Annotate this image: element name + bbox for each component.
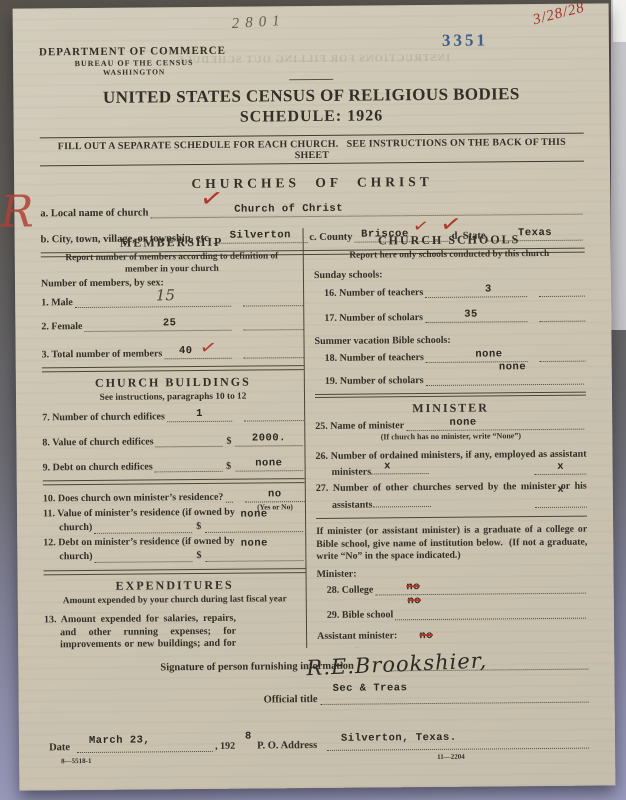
dollar-sign: $ <box>196 521 201 533</box>
red-checkmark: ✓ <box>198 183 225 215</box>
question-10: 10. Does church own minister’s residence… <box>43 489 305 504</box>
question-29-label: 29. Bible school <box>317 609 393 621</box>
question-19: 19. Number of scholars none <box>315 371 586 386</box>
date-row: Date March 23, , 192 8 8—5518-1 P. O. Ad… <box>45 722 589 757</box>
question-9-label: 9. Debt on church edifices <box>43 462 153 474</box>
leader-dots <box>225 490 233 503</box>
answer-blank-ordained: x <box>535 462 587 475</box>
bureau-location: WASHINGTON <box>39 67 229 78</box>
official-title-value: Sec & Treas <box>332 682 407 695</box>
question-2-label: 2. Female <box>41 321 82 332</box>
other-churches-value: x <box>557 484 564 497</box>
answer-line-total-members: 40 ✓ <box>164 346 231 360</box>
office-answer-blank <box>539 308 585 321</box>
official-title-line <box>321 702 589 705</box>
answer-line-residence-debt: none <box>205 548 303 562</box>
form-content: DEPARTMENT OF COMMERCE BUREAU OF THE CEN… <box>13 3 616 790</box>
background-strip <box>611 0 626 330</box>
buildings-subheading: See instructions, paragraphs 10 to 12 <box>42 391 304 405</box>
dollar-sign: $ <box>226 436 231 447</box>
form-title: UNITED STATES CENSUS OF RELIGIOUS BODIES <box>39 84 583 109</box>
residence-value: none <box>240 508 267 521</box>
section-divider <box>316 515 587 518</box>
edifices-count-value: 1 <box>196 408 203 420</box>
expenditures-subheading: Amount expended by your church during la… <box>44 594 306 608</box>
answer-blank-other-churches: x <box>535 494 587 507</box>
section-divider <box>315 391 586 398</box>
answer-line-edifice-debt: none <box>235 458 303 472</box>
question-2: 2. Female 25 <box>41 317 303 332</box>
vacation-schools-label: Summer vacation Bible schools: <box>314 333 585 346</box>
question-16-label: 16. Number of teachers <box>324 287 423 299</box>
expenditures-heading: EXPENDITURES <box>44 577 306 594</box>
question-17: 17. Number of scholars 35 <box>314 308 585 323</box>
question-11-label2: church) <box>59 522 92 534</box>
question-25-note: (If church has no minister, write “None”… <box>315 431 586 442</box>
divider <box>289 79 333 80</box>
question-12-label2: church) <box>59 551 92 563</box>
question-28-label: 28. College <box>327 585 374 596</box>
ss-teachers-value: 3 <box>485 283 492 295</box>
question-7: 7. Number of church edifices 1 <box>42 408 304 423</box>
section-divider <box>42 365 304 372</box>
answer-line-college: no <box>375 581 585 596</box>
local-name-value: Church of Christ <box>234 203 343 216</box>
vbs-scholars-value: none <box>499 361 526 373</box>
question-8-label: 8. Value of church edifices <box>42 437 153 449</box>
question-a-label: Local name of church <box>51 207 149 219</box>
official-title-row: Sec & Treas Official title <box>44 678 588 709</box>
leader-dots <box>94 520 192 534</box>
minister-heading: MINISTER <box>315 400 586 417</box>
date-line <box>77 751 213 753</box>
question-1: 1. Male 15 <box>41 293 303 308</box>
leader-dots <box>156 434 223 448</box>
question-29: 29. Bible school no <box>317 606 588 621</box>
section-divider <box>44 568 306 575</box>
po-address-label: P. O. Address <box>257 740 317 752</box>
question-18: 18. Number of teachers none <box>315 348 586 363</box>
question-12: 12. Debt on minister’s residence (if own… <box>43 535 305 563</box>
question-8: 8. Value of church edifices $ 2000. <box>42 433 304 448</box>
edifice-value: 2000. <box>252 433 286 445</box>
right-column: CHURCH SCHOOLS Report here only schools … <box>303 226 589 648</box>
question-a-letter: a. <box>40 208 48 219</box>
answer-line-edifices: 1 <box>167 409 232 423</box>
male-count-value: 15 <box>156 286 175 304</box>
form-header: DEPARTMENT OF COMMERCE BUREAU OF THE CEN… <box>39 42 585 257</box>
question-3-label: 3. Total number of members <box>42 349 163 361</box>
answer-line-male: 15 <box>75 294 231 308</box>
leader-dots <box>94 549 192 563</box>
schools-heading: CHURCH SCHOOLS <box>314 232 585 249</box>
bible-school-value: no <box>407 595 421 607</box>
question-27: 27. Number of other churches served by t… <box>316 481 587 512</box>
ss-scholars-value: 35 <box>464 308 478 320</box>
question-25-label: 25. Name of minister <box>315 420 404 432</box>
question-local-name: a. Local name of church Church of Christ… <box>40 202 584 220</box>
form-body: MEMBERSHIP Report number of members acco… <box>41 226 589 651</box>
answer-line-residence-value: none <box>205 519 303 533</box>
residence-debt-value: none <box>241 538 268 551</box>
answer-line-vbs-scholars: none <box>425 371 583 385</box>
denomination-heading: CHURCHES OF CHRIST <box>40 173 584 194</box>
dollar-sign: $ <box>196 550 201 562</box>
form-schedule-year: SCHEDULE: 1926 <box>39 106 583 129</box>
total-members-value: 40 <box>179 345 193 357</box>
assistant-minister-value: no <box>419 630 433 642</box>
schools-subheading: Report here only schools conducted by th… <box>314 249 585 263</box>
female-count-value: 25 <box>163 317 177 329</box>
census-form-page: 2801 3351 3/28/28 R INSTRUCTIONS FOR FIL… <box>13 3 616 790</box>
question-25: 25. Name of minister none <box>315 417 586 432</box>
po-address-value: Silverton, Texas. <box>341 732 457 745</box>
question-18-label: 18. Number of teachers <box>325 352 424 364</box>
question-26: 26. Number of ordained ministers, if any… <box>315 449 586 480</box>
leader-dots <box>372 495 430 508</box>
background-corner <box>613 0 626 42</box>
answer-line-minister-name: none <box>406 417 584 432</box>
print-code: 11—2204 <box>437 753 465 761</box>
question-7-label: 7. Number of church edifices <box>42 412 165 424</box>
question-19-label: 19. Number of scholars <box>325 375 424 387</box>
minister-name-value: none <box>449 417 476 429</box>
date-value: March 23, <box>89 734 150 747</box>
assistant-minister-label: Assistant minister: <box>317 630 397 642</box>
instructions-banner: FILL OUT A SEPARATE SCHEDULE FOR EACH CH… <box>40 133 584 167</box>
office-answer-blank <box>540 348 586 361</box>
answer-line-female: 25 <box>84 318 231 332</box>
sunday-schools-label: Sunday schools: <box>314 267 585 280</box>
leader-dots <box>155 459 223 473</box>
office-answer-blank <box>243 317 303 331</box>
question-9: 9. Debt on church edifices $ none <box>43 458 305 473</box>
question-3: 3. Total number of members 40 ✓ <box>42 345 304 360</box>
answer-line-own-residence: no (Yes or No) <box>245 489 305 503</box>
question-17-label: 17. Number of scholars <box>324 312 423 324</box>
question-16: 16. Number of teachers 3 <box>314 283 585 298</box>
signature-row: Signature of person furnishing informati… <box>44 644 588 679</box>
question-28: 28. College no <box>317 581 588 596</box>
answer-line-local-name: Church of Christ ✓ <box>150 202 582 219</box>
graduate-note: If minister (or assistant minister) is a… <box>316 523 587 564</box>
po-address-line <box>327 748 589 751</box>
office-answer-blank <box>244 345 304 359</box>
question-1-label: 1. Male <box>41 297 73 308</box>
leader-dots: x <box>371 462 429 475</box>
form-code: 8—5518-1 <box>61 757 91 765</box>
dollar-sign: $ <box>226 461 231 472</box>
question-12-line2: church) $ none <box>43 548 305 563</box>
college-value: no <box>406 581 420 593</box>
question-10-label: 10. Does church own minister’s residence… <box>43 492 224 505</box>
question-13: 13. Amount expended for salaries, repair… <box>44 612 306 650</box>
question-11: 11. Value of minister’s residence (if ow… <box>43 506 305 534</box>
red-checkmark: ✓ <box>198 335 218 359</box>
buildings-heading: CHURCH BUILDINGS <box>42 374 304 391</box>
date-label: Date <box>49 742 70 753</box>
left-column: MEMBERSHIP Report number of members acco… <box>41 228 307 650</box>
official-title-label: Official title <box>264 694 318 705</box>
minister-group-label: Minister: <box>317 567 588 580</box>
assistant-minister-row: Assistant minister: no <box>317 628 588 642</box>
office-answer-blank <box>539 283 585 296</box>
answer-line-bible-school: no <box>395 606 586 621</box>
question-13-label: 13. Amount expended for salaries, repair… <box>44 613 236 650</box>
answer-line-ss-scholars: 35 <box>425 309 527 323</box>
ordained-ministers-value: x <box>557 461 564 474</box>
department-name: DEPARTMENT OF COMMERCE <box>39 42 583 59</box>
office-answer-blank <box>244 408 304 422</box>
date-printed-year: , 192 <box>215 741 235 752</box>
section-divider <box>43 478 305 485</box>
membership-subheading: Report number of members according to de… <box>62 251 282 276</box>
question-11-line2: church) $ none <box>43 519 305 534</box>
own-residence-value: no <box>268 488 282 500</box>
edifice-debt-value: none <box>255 458 282 470</box>
office-answer-blank <box>243 293 303 307</box>
answer-line-edifice-value: 2000. <box>235 433 302 447</box>
signature-value: R.E.Brookshier, <box>306 648 488 680</box>
membership-heading: MEMBERSHIP <box>41 234 303 251</box>
answer-line-ss-teachers: 3 <box>425 284 527 298</box>
vbs-teachers-value: none <box>475 348 502 360</box>
form-footer: Signature of person furnishing informati… <box>44 644 589 789</box>
date-year-digit: 8 <box>245 731 252 743</box>
